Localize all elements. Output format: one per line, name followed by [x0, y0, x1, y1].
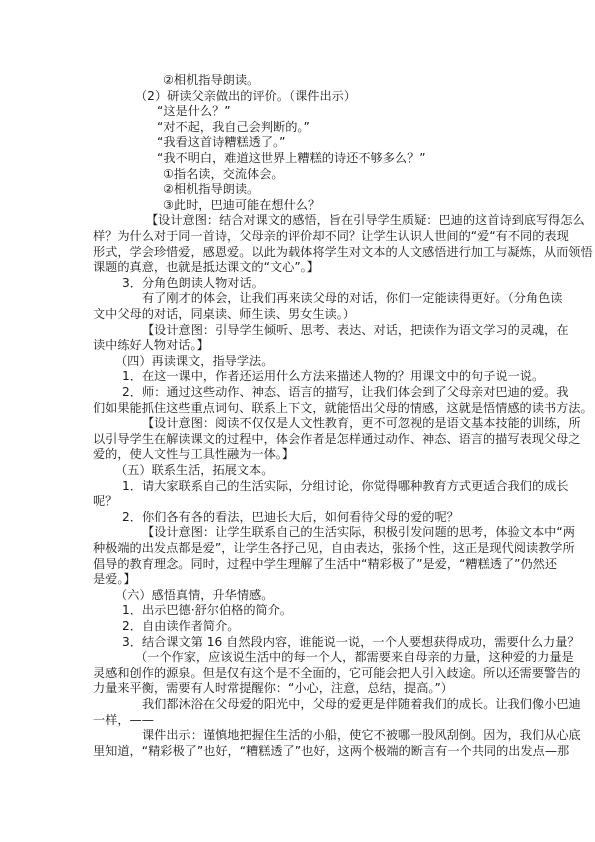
- text-line: 是爱。】: [93, 572, 136, 587]
- text-line: “我看这首诗糟糕透了。”: [157, 135, 285, 150]
- text-line: 1．在这一课中，作者还运用什么方法来描述人物的？用课文中的句子说一说。: [122, 369, 544, 384]
- text-line: 倡导的教育理念。同时，过程中学生理解了生活中“精彩极了”是爱，“糟糕透了”仍然还: [93, 557, 508, 572]
- text-line: 【设计意图：结合对课文的感悟，旨在引导学生质疑：巴迪的这首诗到底写得怎么: [146, 213, 508, 228]
- text-line: （四）再读课文，指导学法。: [115, 354, 273, 369]
- text-line: 种极端的出发点都是爱”，让学生各抒己见，自由表达，张扬个性，这正是现代阅读教学所: [93, 541, 508, 556]
- text-line: ①指名读，交流体会。: [163, 167, 284, 182]
- text-line: ③此时，巴迪可能在想什么？: [163, 198, 320, 213]
- text-line: 【设计意图：阅读不仅仅是人文性教育，更不可忽视的是语文基本技能的训练，所: [142, 416, 508, 431]
- text-line: 读中练好人物对话。】: [93, 338, 209, 353]
- text-line: 3．结合课文第 16 自然段内容，谁能说一说，一个人要想获得成功，需要什么力量？: [122, 635, 508, 650]
- text-line: 2．自由读作者简介。: [122, 619, 239, 634]
- text-line: 以引导学生在解读课文的过程中，体会作者是怎样通过动作、神态、语言的描写表现父母之: [93, 432, 508, 447]
- text-line: “我不明白，难道这世界上糟糕的诗还不够多么？”: [157, 151, 426, 166]
- text-line: 力量来平衡，需要有人时常提醒你：“小心，注意，总结，提高。”）: [93, 681, 453, 696]
- text-line: 文中父母的对话，同桌读、师生读、男女生读。）: [93, 307, 355, 322]
- text-line: 【设计意图：引导学生倾听、思考、表达、对话，把读作为语文学习的灵魂，在: [142, 323, 508, 338]
- text-line: （2）研读父亲做出的评价。（课件出示）: [135, 89, 356, 104]
- text-line: 灵感和创作的源泉。但是仅有这个是不全面的，它可能会把人引入歧途。所以还需要警告的: [93, 666, 508, 681]
- text-line: 里知道，“精彩极了”也好，“糟糕透了”也好，这两个极端的断言有一个共同的出发点—…: [93, 744, 508, 759]
- text-line: 样？为什么对于同一首诗，父母亲的评价却不同？让学生认识人世间的“爱“有不同的表现: [93, 229, 508, 244]
- text-line: （五）联系生活，拓展文本。: [115, 463, 273, 478]
- document-page: ②相机指导朗读。（2）研读父亲做出的评价。（课件出示）“这是什么？”“对不起，我…: [0, 0, 595, 842]
- text-line: 爱的，使人文性与工具性融为一体。】: [93, 447, 294, 462]
- text-line: 1．出示巴德·舒尔伯格的简介。: [122, 603, 292, 618]
- text-line: 一样，——: [93, 713, 154, 728]
- text-line: 【设计意图：让学生联系自己的生活实际，积极引发问题的思考，体验文本中“两: [142, 525, 508, 540]
- text-line: 们如果能抓住这些重点词句、联系上下文，就能悟出父母的情感，这就是悟情感的读书方法…: [93, 401, 508, 416]
- text-line: 3．分角色朗读人物对话。: [122, 276, 264, 291]
- text-line: “对不起，我自己会判断的。”: [157, 120, 310, 135]
- text-line: 呢？: [93, 494, 117, 509]
- text-line: （一个作家，应该说生活中的每一个人，都需要来自母亲的力量，这种爱的力量是: [135, 650, 508, 665]
- text-line: 1．请大家联系自己的生活实际，分组讨论，你觉得哪种教育方式更适合我们的成长: [122, 479, 508, 494]
- text-line: 有了刚才的体会，让我们再来读父母的对话，你们一定能读得更好。（分角色读: [142, 291, 508, 306]
- text-line: （六）感悟真情，升华情感。: [115, 588, 273, 603]
- text-line: 2．你们各有各的看法，巴迪长大后，如何看待父母的爱的呢？: [122, 510, 459, 525]
- text-line: “这是什么？”: [157, 104, 231, 119]
- text-line: 课题的真意，也就是抵达课文的“文心”。】: [93, 260, 319, 275]
- text-line: ②相机指导朗读。: [163, 73, 259, 88]
- text-line: 我们都沐浴在父母爱的阳光中，父母的爱更是伴随着我们的成长。让我们像小巴迪: [142, 697, 508, 712]
- text-line: 形式，学会珍惜爱，感恩爱。以此为载体将学生对文本的人文感悟进行加工与凝炼，从而领…: [93, 245, 508, 260]
- text-line: 课件出示：谨慎地把握住生活的小船，使它不被哪一股风刮倒。因为，我们从心底: [142, 728, 508, 743]
- text-line: ②相机指导朗读。: [163, 182, 259, 197]
- text-line: 2．师：通过这些动作、神态、语言的描写，让我们体会到了父母亲对巴迪的爱。我: [122, 385, 508, 400]
